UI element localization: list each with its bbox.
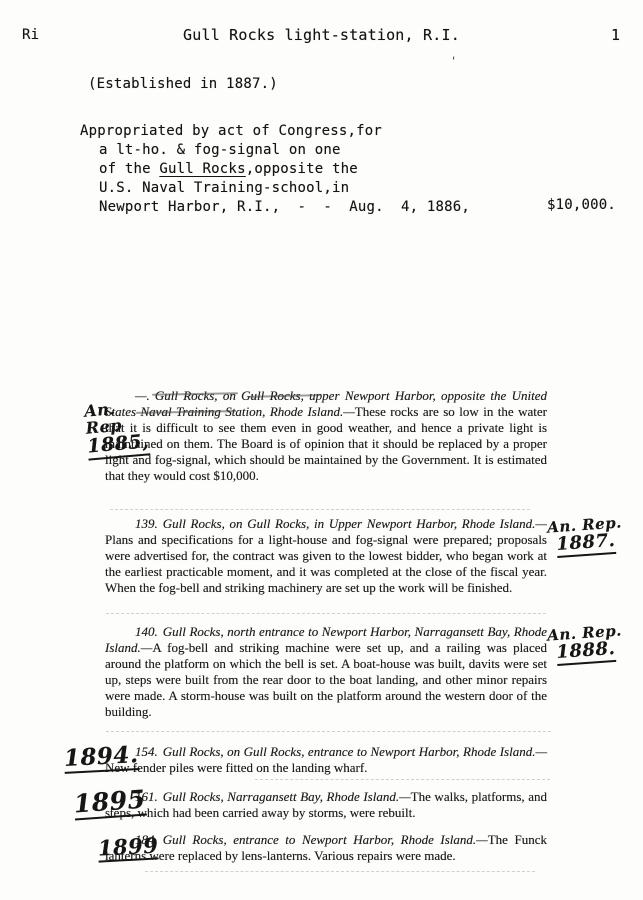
underlined-gull-rocks: Gull Rocks [159, 161, 245, 177]
appropriation-line-text: of the [99, 161, 159, 177]
header-state-label: Ri [22, 27, 39, 43]
entry-body: Plans and specifications for a light-hou… [105, 532, 547, 595]
scan-noise-line [145, 871, 535, 872]
page-title: Gull Rocks light-station, R.I. [183, 26, 460, 44]
appropriation-line: of the Gull Rocks,opposite the [99, 160, 470, 179]
report-entry-154: 154.Gull Rocks, on Gull Rocks, entrance … [105, 744, 547, 776]
appropriation-line: Newport Harbor, R.I., - - Aug. 4, 1886, [99, 198, 470, 217]
report-entry-184: 184.Gull Rocks, entrance to Newport Harb… [105, 832, 547, 864]
handwritten-annotation-1895: 1895 [73, 787, 146, 821]
appropriation-block: Appropriated by act of Congress,for a lt… [80, 122, 470, 217]
entry-title: Gull Rocks, entrance to Newport Harbor, … [163, 832, 488, 847]
scan-noise-line [106, 731, 551, 732]
handwritten-annotation-1887: An. Rep. 1887. [547, 515, 624, 558]
handwritten-annotation-1888: An. Rep. 1888. [547, 623, 624, 666]
appropriation-amount: $10,000. [547, 197, 616, 213]
entry-body: New fender piles were fitted on the land… [105, 760, 367, 775]
entry-title: Gull Rocks, Narragansett Bay, Rhode Isla… [163, 789, 411, 804]
scanned-document-page: Ri Gull Rocks light-station, R.I. 1 ˌ (E… [0, 0, 643, 900]
handwritten-annotation-1899: 1899 [97, 834, 159, 862]
appropriation-line: Appropriated by act of Congress,for [80, 122, 470, 141]
handwritten-annotation-1894: 1894. [63, 743, 139, 774]
entry-number: 139. [135, 516, 158, 531]
annotation-year: 1899 [97, 834, 159, 862]
entry-number: 140. [135, 624, 158, 639]
scan-noise-line [255, 779, 550, 780]
report-entry-139: 139.Gull Rocks, on Gull Rocks, in Upper … [105, 516, 547, 596]
appropriation-line: U.S. Naval Training-school,in [99, 179, 470, 198]
annotation-year: 1895 [73, 787, 146, 821]
stray-pen-mark: ˌ [450, 47, 459, 61]
entry-title: Gull Rocks, on Gull Rocks, entrance to N… [163, 744, 547, 759]
entry-body: A fog-bell and striking machine were set… [105, 640, 547, 719]
appropriation-line: a lt-ho. & fog-signal on one [99, 141, 470, 160]
report-entry-161: 161.Gull Rocks, Narragansett Bay, Rhode … [105, 789, 547, 821]
scan-noise-line [110, 509, 530, 510]
report-entry-1885: —.Gull Rocks, on Gull Rocks, upper Newpo… [105, 388, 547, 484]
scan-noise-line [106, 613, 546, 614]
report-entry-140: 140.Gull Rocks, north entrance to Newpor… [105, 624, 547, 720]
annotation-year: 1894. [63, 743, 139, 774]
appropriation-line-text: ,opposite the [246, 161, 358, 177]
entry-title: Gull Rocks, on Gull Rocks, in Upper Newp… [163, 516, 547, 531]
established-line: (Established in 1887.) [88, 76, 278, 92]
handwritten-annotation-1885: An. Rep 1885, [84, 398, 151, 460]
page-number: 1 [611, 26, 620, 44]
annotation-year: 1887. [556, 532, 616, 558]
annotation-year: 1888. [556, 640, 616, 666]
